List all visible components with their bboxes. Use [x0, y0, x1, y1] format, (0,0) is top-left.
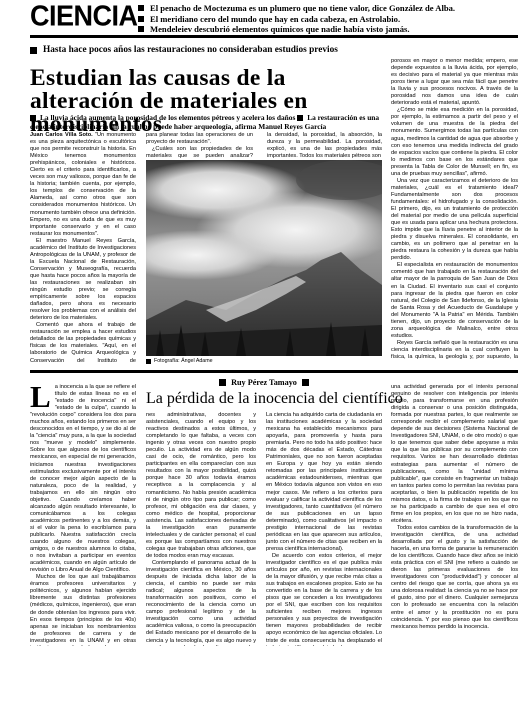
- article1-photo[interactable]: [146, 160, 382, 356]
- paragraph: El maestro Manuel Reyes García, académic…: [30, 238, 136, 323]
- mountain-landscape-image: [146, 160, 382, 356]
- teaser-item[interactable]: El penacho de Moctezuma es un plumero qu…: [138, 3, 518, 14]
- paragraph: porosos en mayor o menor medida; empero,…: [391, 58, 518, 107]
- paragraph: Muchos de los que así trabajábamos éramo…: [30, 574, 136, 646]
- paragraph: Juan Carlos Villa Soto. "Un monumento es…: [30, 132, 136, 238]
- article2-column-1: La inocencia a la que se refiere el títu…: [30, 384, 136, 646]
- article2-column-2: nes administrativas, docentes y asistenc…: [146, 412, 256, 646]
- teaser-text: El penacho de Moctezuma es un plumero qu…: [150, 3, 455, 14]
- paragraph: Reyes García señaló que la restauración …: [391, 340, 518, 360]
- paragraph: Una vez que caracterizamos el deterioro …: [391, 178, 518, 263]
- paragraph: ¿Cuáles son las propiedades de los mater…: [146, 146, 253, 160]
- article2-byline: Ruy Pérez Tamayo: [146, 378, 382, 387]
- bullet-square-icon: [302, 379, 309, 386]
- paragraph: Comentó que ahora el trabajo de restaura…: [30, 322, 136, 364]
- author-credit: Juan Carlos Villa Soto.: [30, 132, 93, 138]
- paragraph: la densidad, la porosidad, la absorción,…: [267, 132, 382, 160]
- header-rule: [30, 35, 518, 38]
- article1-kicker: Hasta hace pocos años las restauraciones…: [30, 45, 338, 55]
- teaser-item[interactable]: El meridiano cero del mundo que hay en c…: [138, 14, 518, 25]
- paragraph: Contemplando el panorama actual de la in…: [146, 560, 256, 646]
- article1-column-4: porosos en mayor o menor medida; empero,…: [391, 58, 518, 360]
- paragraph: ¿Cómo se mide esa medición en la porosid…: [391, 107, 518, 177]
- article2-headline[interactable]: La pérdida de la inocencia del científic…: [146, 390, 382, 408]
- article2-column-3: La ciencia ha adquirido carta de ciudada…: [266, 412, 382, 646]
- paragraph: para planear todas las operaciones de un…: [146, 132, 253, 146]
- bullet-square-icon: [297, 115, 303, 121]
- paragraph: De acuerdo con estos criterios, el mejor…: [266, 553, 382, 646]
- paragraph: Todos estos cambios de la transformación…: [391, 525, 518, 631]
- teaser-list: El penacho de Moctezuma es un plumero qu…: [138, 3, 518, 35]
- article2-column-4: una actividad generada por el interés pe…: [391, 384, 518, 646]
- paragraph: La ciencia ha adquirido carta de ciudada…: [266, 412, 382, 553]
- photo-caption: Fotografía: Ángel Adame: [146, 358, 213, 364]
- paragraph: una actividad generada por el interés pe…: [391, 384, 518, 525]
- teaser-item[interactable]: Mendeleiev descubrió elementos químicos …: [138, 24, 518, 35]
- paragraph: El especialista en restauración de monum…: [391, 262, 518, 340]
- paragraph: nes administrativas, docentes y asistenc…: [146, 412, 256, 560]
- teaser-text: El meridiano cero del mundo que hay en c…: [150, 14, 400, 25]
- drop-cap: L: [30, 385, 51, 409]
- bullet-square-icon: [146, 359, 151, 364]
- bullet-square-icon: [30, 115, 36, 121]
- section-divider-rule: [30, 370, 518, 373]
- article1-column-2: para planear todas las operaciones de un…: [146, 132, 253, 160]
- section-masthead: CIENCIA: [30, 1, 138, 30]
- bullet-square-icon: [138, 5, 144, 11]
- bullet-square-icon: [138, 26, 144, 32]
- paragraph: La inocencia a la que se refiere el títu…: [30, 384, 136, 574]
- article1-column-1: Juan Carlos Villa Soto. "Un monumento es…: [30, 132, 136, 364]
- bullet-square-icon: [219, 379, 226, 386]
- bullet-square-icon: [30, 47, 37, 54]
- article1-deck: La lluvia ácida aumenta la porosidad de …: [30, 113, 390, 131]
- bullet-square-icon: [138, 16, 144, 22]
- article1-column-3: la densidad, la porosidad, la absorción,…: [267, 132, 382, 160]
- teaser-text: Mendeleiev descubrió elementos químicos …: [150, 24, 409, 35]
